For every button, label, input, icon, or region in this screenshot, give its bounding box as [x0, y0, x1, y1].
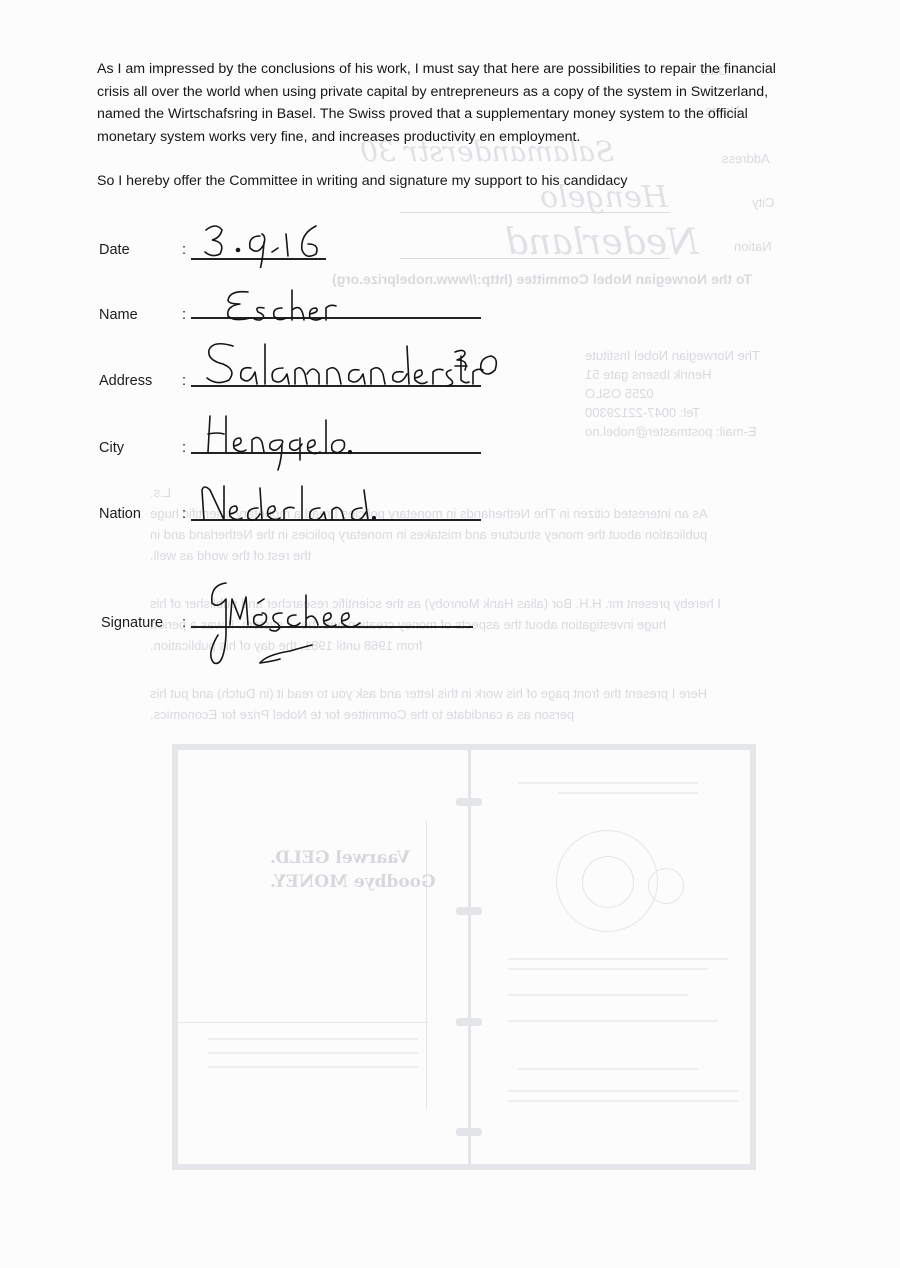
- bleed-rule: [400, 212, 670, 213]
- cover-text-line: [208, 1038, 418, 1040]
- field-label: City: [99, 440, 124, 456]
- bleed-handwriting-nation: Nederland: [505, 222, 699, 263]
- cover-text-line: [518, 782, 698, 784]
- field-separator: :: [182, 242, 186, 258]
- spine-tab: [456, 798, 482, 806]
- cover-title: Vaarwel GELD. Goodbye MONEY.: [270, 846, 436, 894]
- support-statement: So I hereby offer the Committee in writi…: [97, 170, 797, 193]
- cover-text-line: [518, 1068, 698, 1070]
- cover-text-line: [508, 1020, 718, 1022]
- cover-text-line: [208, 1066, 418, 1068]
- cover-rule: [178, 1022, 428, 1023]
- field-label: Nation: [99, 506, 141, 522]
- bleed-form-label-address: Address: [722, 148, 770, 170]
- field-separator: :: [182, 506, 186, 522]
- field-label: Signature: [101, 615, 163, 631]
- cover-text-line: [208, 1052, 418, 1054]
- field-separator: :: [182, 615, 186, 631]
- cover-text-line: [558, 792, 698, 794]
- body-paragraph: As I am impressed by the conclusions of …: [97, 58, 797, 148]
- cover-spine: [468, 750, 471, 1164]
- field-separator: :: [182, 440, 186, 456]
- handwritten-nation: [196, 480, 396, 530]
- field-separator: :: [182, 307, 186, 323]
- scanned-letter-page: Date Name Address City Nation Salamander…: [0, 0, 900, 1268]
- bleed-address-block: The Norwegian Nobel Institute Henrik Ibs…: [585, 346, 760, 441]
- cover-text-line: [508, 994, 688, 996]
- field-label: Date: [99, 242, 130, 258]
- field-label: Address: [99, 373, 152, 389]
- cover-text-line: [508, 1090, 738, 1092]
- cover-text-line: [508, 1100, 738, 1102]
- bleed-heading: To the Norwegian Nobel Committee (http:/…: [332, 268, 752, 290]
- cover-text-line: [508, 958, 728, 960]
- handwritten-city: [204, 412, 354, 472]
- bleed-form-label-city: City: [752, 192, 774, 214]
- handwritten-address: [203, 340, 503, 390]
- handwritten-date: [200, 218, 340, 268]
- spine-tab: [456, 1018, 482, 1026]
- cover-diagram-circle: [582, 856, 634, 908]
- spine-tab: [456, 907, 482, 915]
- bleed-book-cover: Vaarwel GELD. Goodbye MONEY.: [172, 744, 756, 1170]
- cover-diagram-circle: [648, 868, 684, 904]
- handwritten-name: [224, 288, 344, 324]
- field-label: Name: [99, 307, 138, 323]
- bleed-rule: [400, 258, 670, 259]
- field-separator: :: [182, 373, 186, 389]
- bleed-form-label-nation: Nation: [734, 236, 772, 258]
- handwritten-signature: [200, 575, 390, 675]
- cover-text-line: [508, 968, 708, 970]
- spine-tab: [456, 1128, 482, 1136]
